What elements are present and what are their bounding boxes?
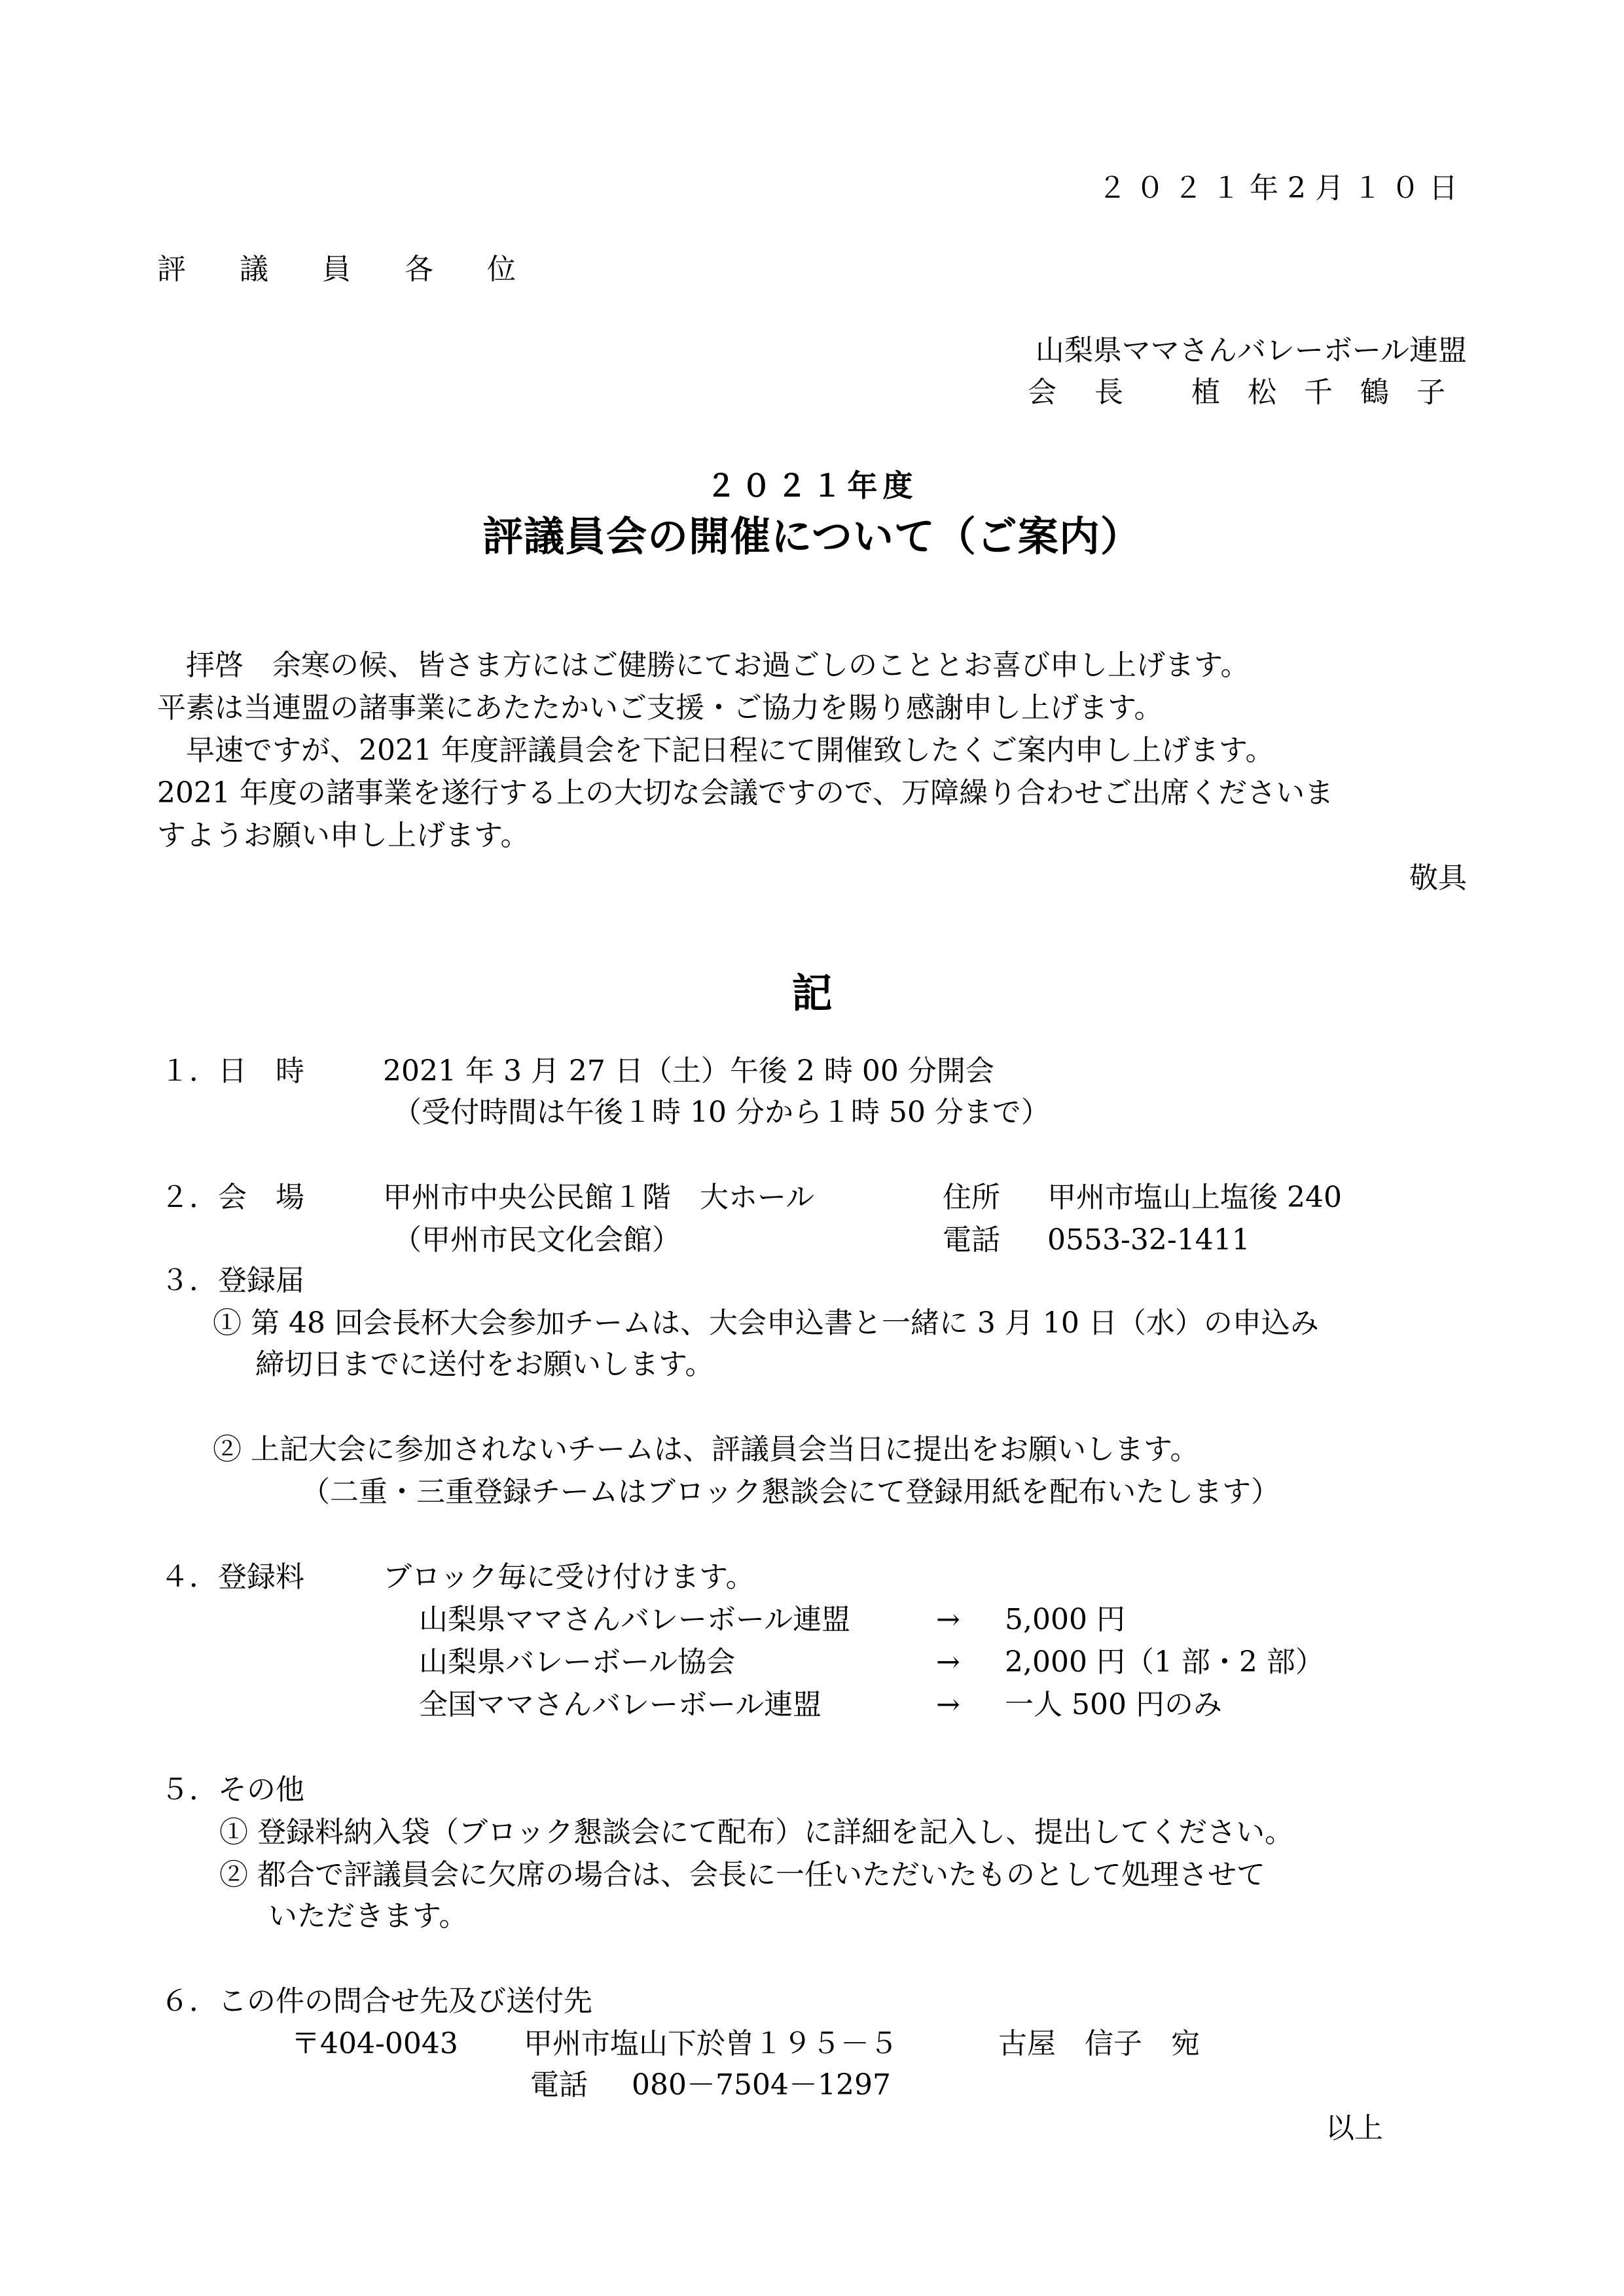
fiscal-year-heading: ２０２１年度	[0, 462, 1624, 505]
fee-row-1-amount: 5,000 円	[1005, 1605, 1125, 1634]
fee-row-2-org: 山梨県バレーボール協会	[419, 1648, 735, 1677]
ki-heading: 記	[0, 961, 1624, 1019]
registration-item-1-line-1: ① 第 48 回会長杯大会参加チームは、大会申込書と一緒に 3 月 10 日（水…	[213, 1309, 1319, 1338]
contact-name: 古屋 信子 宛	[998, 2030, 1200, 2058]
closing-keigu: 敬具	[1409, 864, 1467, 893]
venue-address-label: 住所	[943, 1183, 1000, 1212]
body-line-5: すようお願い申し上げます。	[157, 821, 529, 850]
contact-address: 甲州市塩山下於曽１９５－５	[524, 2030, 898, 2058]
item-other-label: ５．その他	[160, 1776, 304, 1804]
other-item-2-line-1: ② 都合で評議員会に欠席の場合は、会長に一任いただいたものとして処理させて	[219, 1861, 1265, 1890]
fee-row-3-amount: 一人 500 円のみ	[1005, 1691, 1222, 1719]
fee-row-2-arrow: →	[936, 1648, 960, 1677]
item-registration-label: ３．登録届	[160, 1266, 304, 1295]
venue-phone-label: 電話	[943, 1226, 1000, 1255]
sender-organization: 山梨県ママさんバレーボール連盟	[1036, 336, 1467, 365]
item-venue-label: ２．会 場	[160, 1183, 304, 1212]
item-fees-label: ４．登録料	[160, 1563, 304, 1592]
venue-alt-name: （甲州市民文化会館）	[393, 1226, 681, 1255]
body-line-3: 早速ですが、2021 年度評議員会を下記日程にて開催致したくご案内申し上げます。	[157, 736, 1274, 765]
item-date-value: 2021 年 3 月 27 日（土）午後 2 時 00 分開会	[383, 1057, 994, 1086]
page-title: 評議員会の開催について（ご案内）	[0, 504, 1624, 562]
body-line-1: 拝啓 余寒の候、皆さま方にはご健勝にてお過ごしのこととお喜び申し上げます。	[157, 651, 1249, 680]
registration-item-2-line-1: ② 上記大会に参加されないチームは、評議員会当日に提出をお願いします。	[213, 1435, 1199, 1464]
fee-row-3-arrow: →	[936, 1691, 960, 1719]
other-item-1: ① 登録料納入袋（ブロック懇談会にて配布）に詳細を記入し、提出してください。	[219, 1818, 1293, 1847]
other-item-2-line-2: いただきます。	[268, 1902, 467, 1931]
fees-intro: ブロック毎に受け付けます。	[383, 1563, 755, 1592]
registration-item-2-line-2: （二重・三重登録チームはブロック懇談会にて登録用紙を配布いたします）	[301, 1478, 1280, 1507]
registration-item-1-line-2: 締切日までに送付をお願いします。	[255, 1350, 713, 1379]
contact-phone: 080－7504－1297	[632, 2071, 891, 2100]
sender-name: 植 松 千 鶴 子	[1191, 378, 1454, 407]
fee-row-1-arrow: →	[936, 1605, 960, 1634]
end-mark: 以上	[1326, 2114, 1383, 2143]
fee-row-1-org: 山梨県ママさんバレーボール連盟	[419, 1605, 850, 1634]
body-line-4: 2021 年度の諸事業を遂行する上の大切な会議ですので、万障繰り合わせご出席くだ…	[157, 779, 1333, 808]
contact-postal-code: 〒404-0043	[291, 2030, 458, 2058]
document-date: ２０２１年2月１０日	[1098, 174, 1467, 203]
venue-name: 甲州市中央公民館１階 大ホール	[383, 1183, 814, 1212]
item-contact-label: ６．この件の問合せ先及び送付先	[160, 1987, 592, 2016]
contact-phone-label: 電話	[530, 2071, 588, 2100]
addressee: 評 議 員 各 位	[157, 255, 538, 284]
body-line-2: 平素は当連盟の諸事業にあたたかいご支援・ご協力を賜り感謝申し上げます。	[157, 694, 1163, 723]
item-date-note: （受付時間は午後１時 10 分から１時 50 分まで）	[393, 1098, 1050, 1127]
item-date-label: １．日 時	[160, 1057, 304, 1086]
fee-row-3-org: 全国ママさんバレーボール連盟	[419, 1691, 821, 1719]
fee-row-2-amount: 2,000 円（1 部・2 部）	[1005, 1648, 1324, 1677]
venue-address: 甲州市塩山上塩後 240	[1047, 1183, 1342, 1212]
sender-title: 会 長	[1028, 378, 1138, 407]
venue-phone: 0553-32-1411	[1047, 1226, 1250, 1255]
